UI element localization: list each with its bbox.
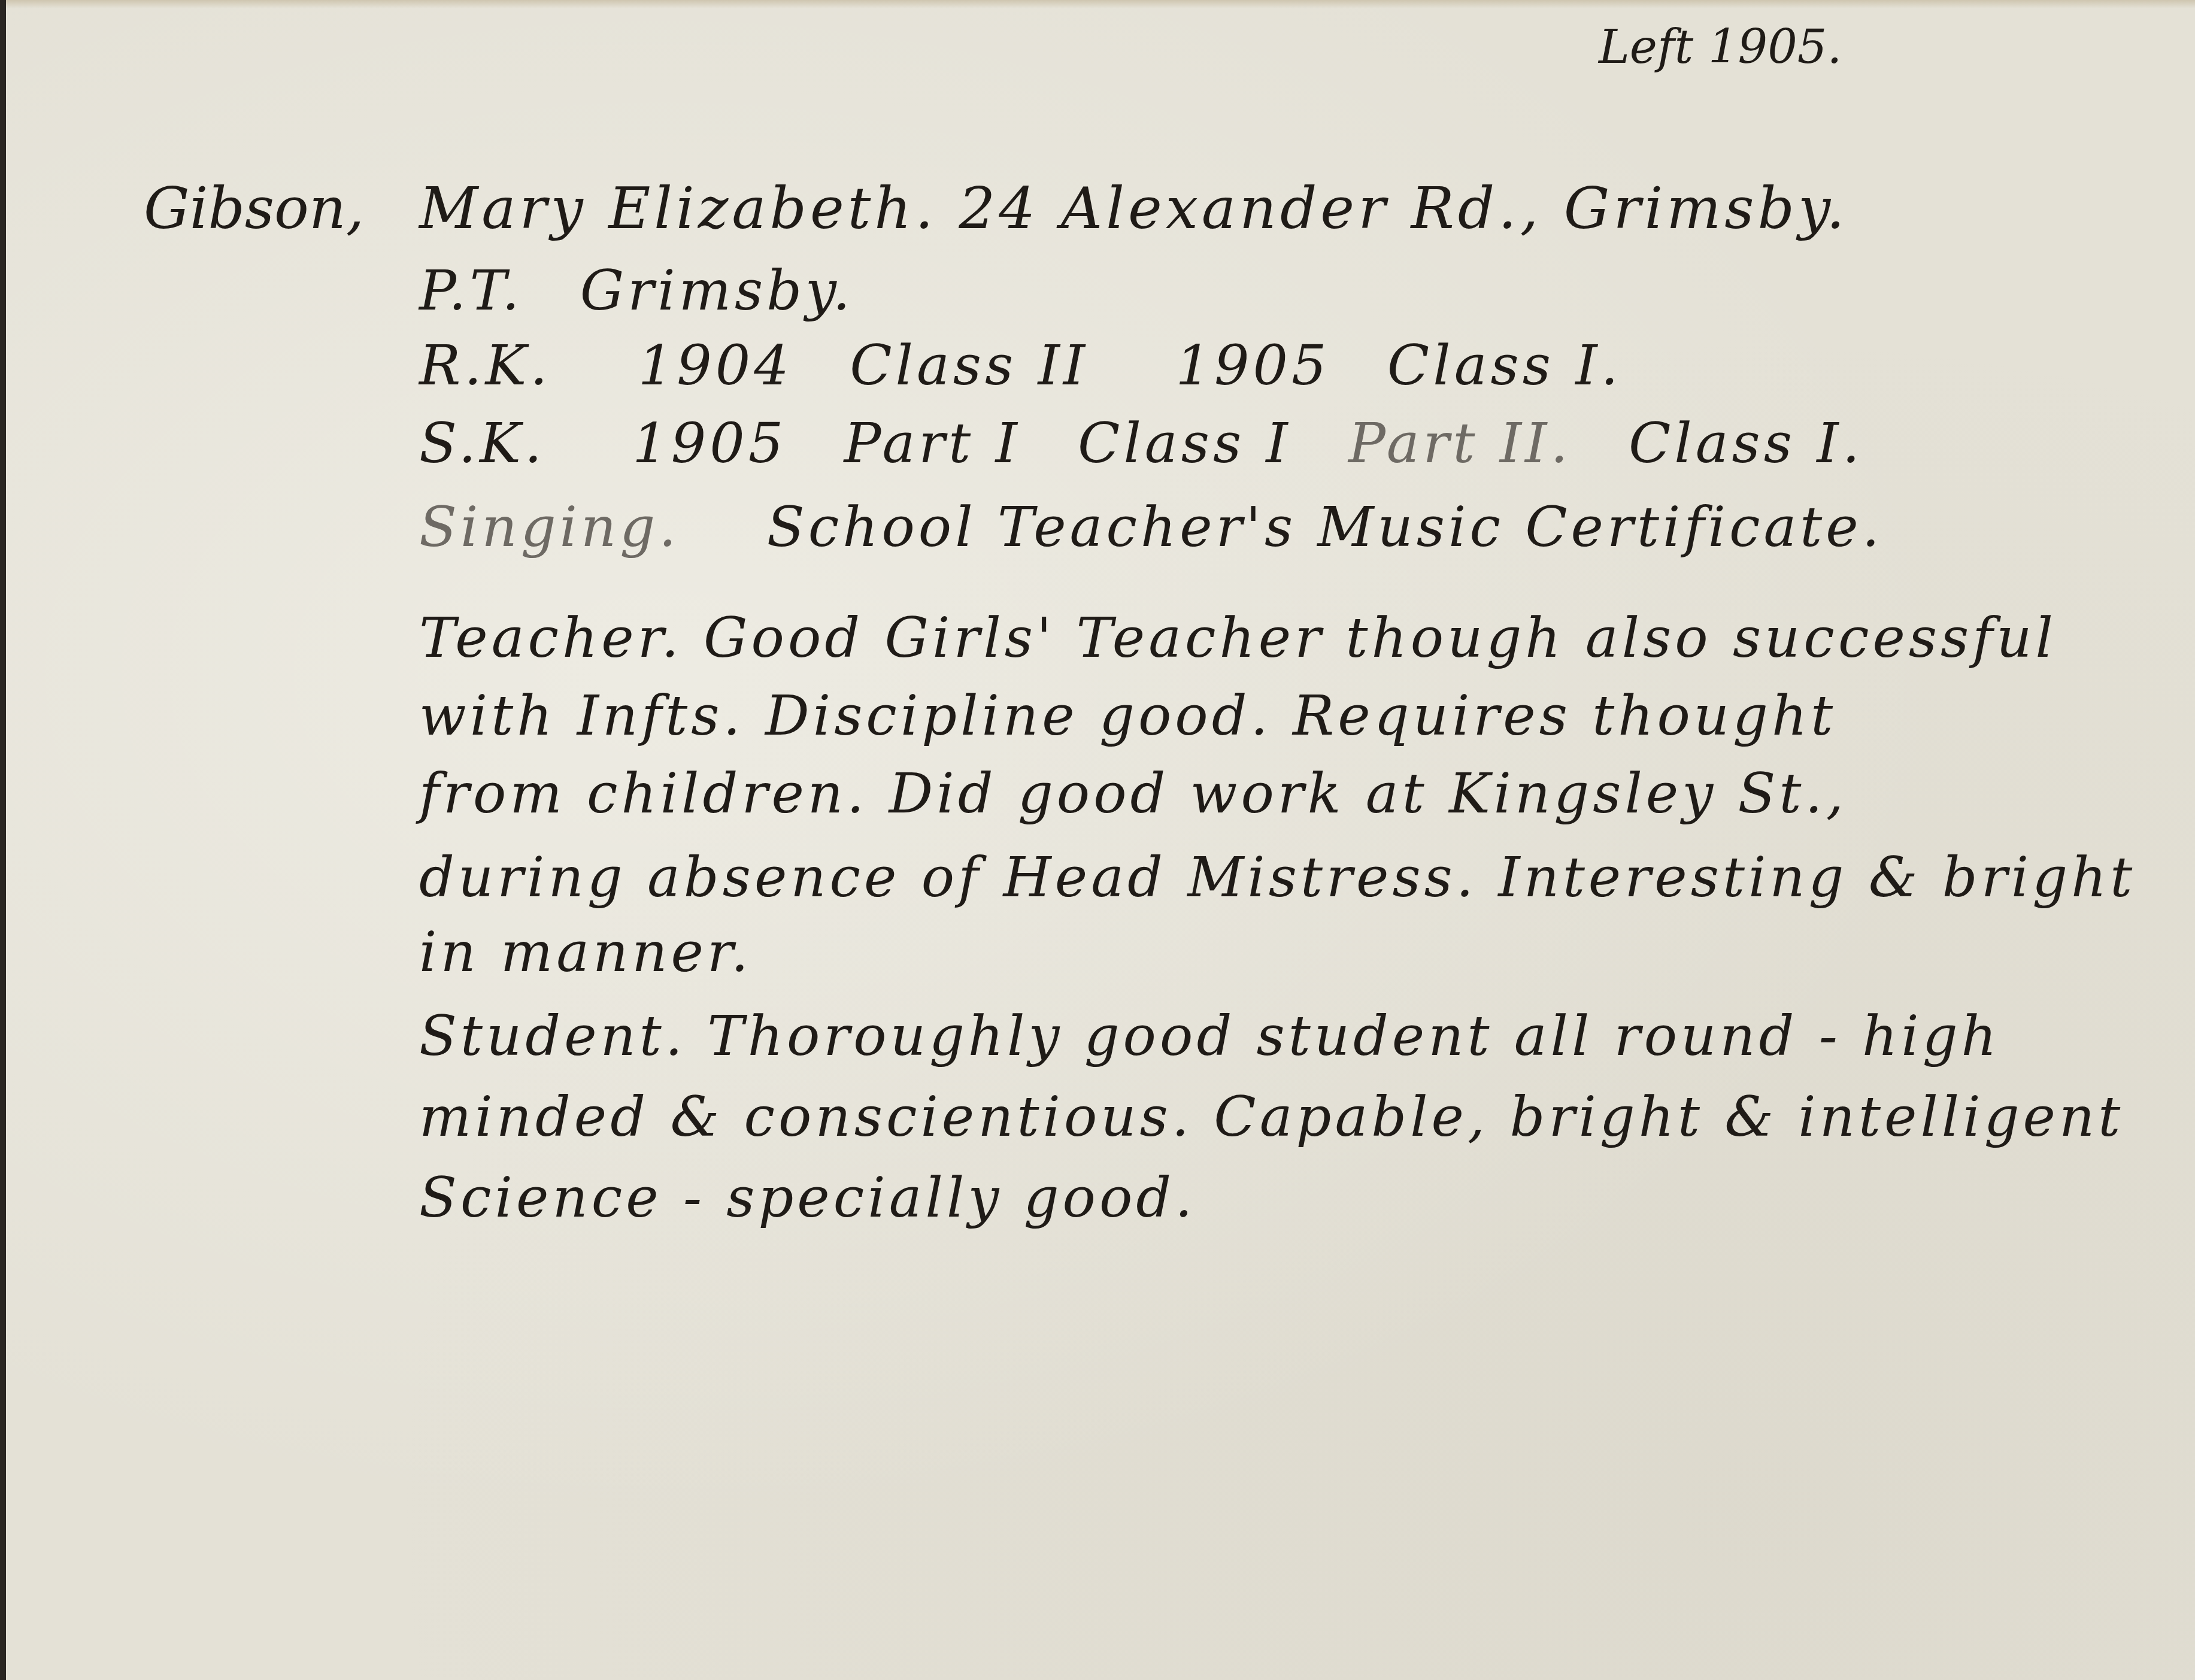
sk-part-1: Part I — [844, 411, 1021, 475]
teacher-report-line-3: from children. Did good work at Kingsley… — [419, 766, 1847, 821]
pt-label: P.T. — [419, 259, 523, 323]
sk-result-2: Class I. — [1629, 411, 1863, 475]
left-date-note: Left 1905. — [1599, 24, 1842, 71]
singing-label: Singing. — [419, 495, 680, 559]
teacher-report-line-1: Teacher. Good Girls' Teacher though also… — [419, 611, 2057, 666]
pupil-teacher-line: P.T. Grimsby. — [419, 263, 854, 319]
singing-line: Singing. School Teacher's Music Certific… — [419, 500, 1883, 555]
rk-result-1: Class II — [850, 333, 1089, 398]
sk-year: 1905 — [632, 411, 787, 475]
teacher-report-line-4: during absence of Head Mistress. Interes… — [419, 850, 2136, 905]
rk-result-2: Class I. — [1387, 333, 1622, 398]
student-report-line-3: Science - specially good. — [419, 1170, 1196, 1226]
sk-part-2: Part II. — [1348, 411, 1572, 475]
teacher-report-line-2: with Infts. Discipline good. Requires th… — [419, 689, 1836, 744]
sk-result-1: Class I — [1078, 411, 1291, 475]
teacher-report-line-5: in manner. — [419, 925, 752, 980]
rk-year-2: 1905 — [1175, 333, 1330, 398]
rk-line: R.K. 1904 Class II 1905 Class I. — [419, 338, 1622, 393]
card-top-edge — [6, 0, 2195, 8]
student-report-line-1: Student. Thoroughly good student all rou… — [419, 1009, 2000, 1064]
name-and-address: Mary Elizabeth. 24 Alexander Rd., Grimsb… — [419, 180, 1848, 237]
record-card: Left 1905. Gibson, Mary Elizabeth. 24 Al… — [6, 0, 2195, 1680]
rk-year-1: 1904 — [638, 333, 793, 398]
surname: Gibson, — [144, 180, 364, 237]
pt-value: Grimsby. — [580, 259, 854, 323]
student-report-line-2: minded & conscientious. Capable, bright … — [419, 1090, 2124, 1145]
rk-label: R.K. — [419, 333, 551, 398]
singing-value: School Teacher's Music Certificate. — [767, 495, 1883, 559]
sk-label: S.K. — [419, 411, 545, 475]
sk-line: S.K. 1905 Part I Class I Part II. Class … — [419, 416, 1863, 471]
